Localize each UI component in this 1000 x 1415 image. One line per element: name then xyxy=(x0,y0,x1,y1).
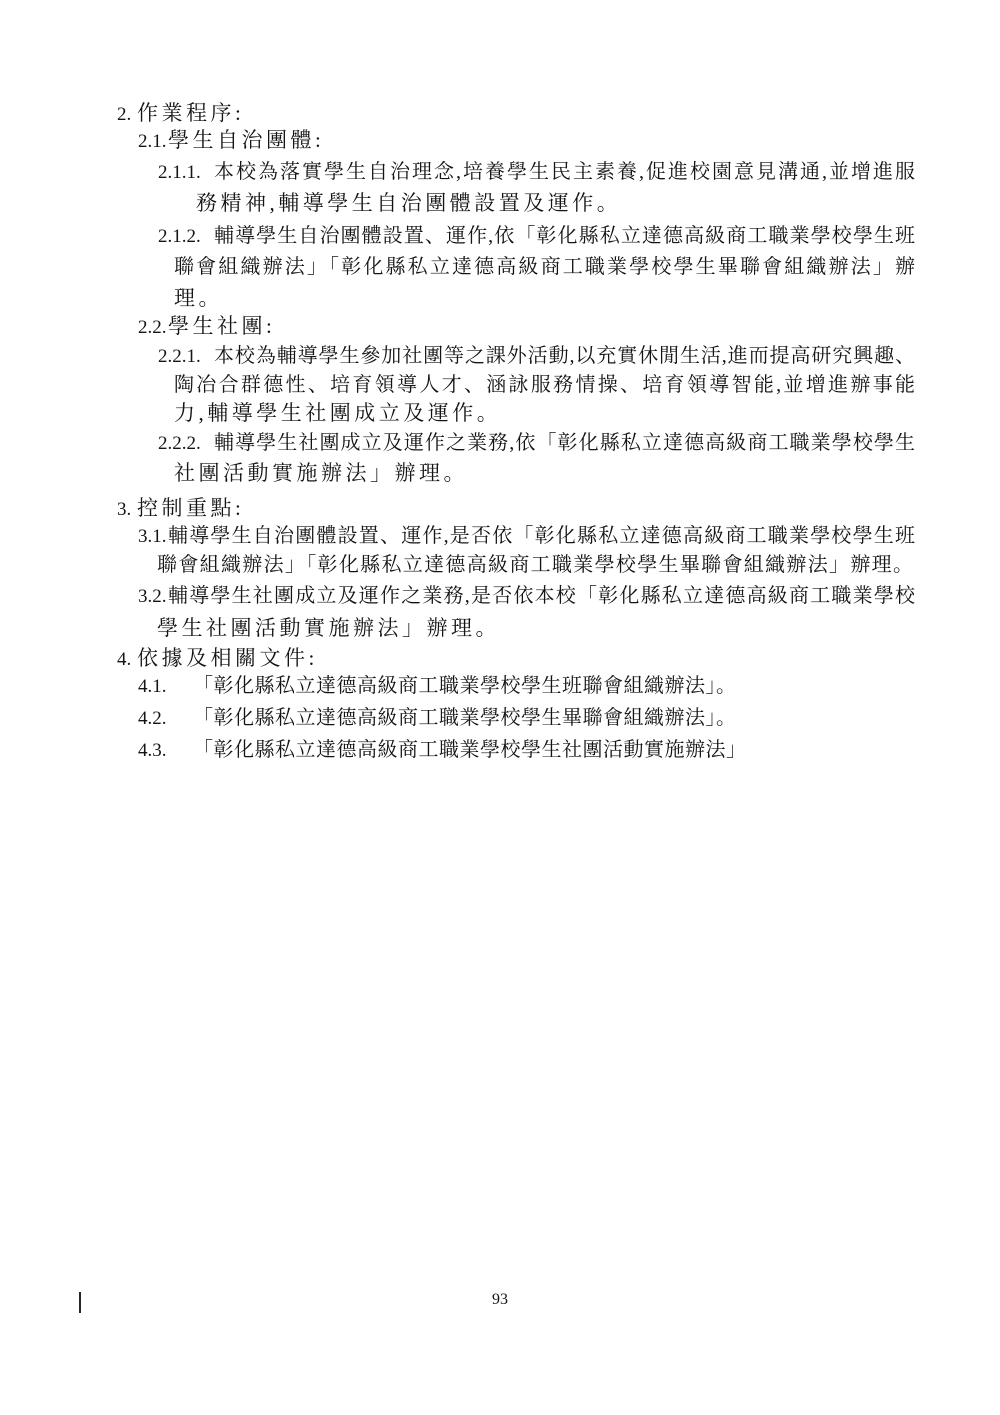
doc-line: 4.依據及相關文件: xyxy=(117,645,318,673)
list-number: 2.2.2. xyxy=(158,432,214,457)
line-text: 「彰化縣私立達德高級商工職業學校學生社團活動實施辦法」 xyxy=(193,739,747,761)
list-number: 3. xyxy=(117,498,137,523)
doc-line: 務精神,輔導學生自治團體設置及運作。 xyxy=(196,190,621,217)
doc-line: 4.1.「彰化縣私立達德高級商工職業學校學生班聯會組織辦法」。 xyxy=(138,673,737,700)
doc-line: 聯會組織辦法」「彰化縣私立達德高級商工職業學校學生畢聯會組織辦法」辦 xyxy=(174,254,915,280)
doc-line: 2.2.1.本校為輔導學生參加社團等之課外活動,以充實休閒生活,進而提高研究興趣… xyxy=(158,343,915,370)
line-text: 務精神,輔導學生自治團體設置及運作。 xyxy=(196,191,621,215)
doc-line: 3.2.輔導學生社團成立及運作之業務,是否依本校「彰化縣私立達德高級商工職業學校 xyxy=(138,583,915,610)
page-number: 93 xyxy=(492,1291,508,1308)
line-text: 本校為輔導學生參加社團等之課外活動,以充實休閒生活,進而提高研究興趣、 xyxy=(214,343,915,369)
doc-line: 3.控制重點: xyxy=(117,495,244,523)
list-number: 3.1. xyxy=(138,525,168,550)
list-number: 4.3. xyxy=(138,739,193,764)
line-text: 聯會組織辦法」「彰化縣私立達德高級商工職業學校學生畢聯會組織辦法」辦 xyxy=(174,254,915,280)
doc-line: 4.3.「彰化縣私立達德高級商工職業學校學生社團活動實施辦法」 xyxy=(138,737,747,764)
list-number: 2.2. xyxy=(138,316,168,341)
line-text: 輔導學生自治團體設置、運作,依「彰化縣私立達德高級商工職業學校學生班 xyxy=(214,223,915,249)
line-text: 作業程序: xyxy=(137,101,244,125)
doc-line: 2.2.學生社團: xyxy=(138,313,275,341)
list-number: 2.1. xyxy=(138,130,168,155)
line-text: 學生社團: xyxy=(168,314,275,338)
document-page: 2.作業程序:2.1.學生自治團體:2.1.1.本校為落實學生自治理念,培養學生… xyxy=(0,0,1000,1415)
doc-line: 2.作業程序: xyxy=(117,100,244,128)
line-text: 學生社團活動實施辦法」辦理。 xyxy=(157,616,500,640)
doc-line: 聯會組織辦法」「彰化縣私立達德高級商工職業學校學生畢聯會組織辦法」辦理。 xyxy=(157,552,913,578)
doc-line: 2.1.2.輔導學生自治團體設置、運作,依「彰化縣私立達德高級商工職業學校學生班 xyxy=(158,223,915,250)
list-number: 3.2. xyxy=(138,585,168,610)
line-text: 控制重點: xyxy=(137,496,244,520)
doc-line: 社團活動實施辦法」辦理。 xyxy=(174,460,468,487)
page-footer: 93 xyxy=(0,1291,1000,1309)
doc-line: 陶冶合群德性、培育領導人才、涵詠服務情操、培育領導智能,並增進辦事能 xyxy=(174,372,915,398)
list-number: 4.1. xyxy=(138,675,193,700)
doc-line: 理。 xyxy=(174,285,223,312)
list-number: 4. xyxy=(117,648,137,673)
doc-line: 2.2.2.輔導學生社團成立及運作之業務,依「彰化縣私立達德高級商工職業學校學生 xyxy=(158,430,915,457)
line-text: 陶冶合群德性、培育領導人才、涵詠服務情操、培育領導智能,並增進辦事能 xyxy=(174,372,915,398)
line-text: 理。 xyxy=(174,286,223,310)
doc-line: 3.1.輔導學生自治團體設置、運作,是否依「彰化縣私立達德高級商工職業學校學生班 xyxy=(138,523,915,550)
list-number: 2.1.1. xyxy=(158,161,214,186)
doc-line: 2.1.學生自治團體: xyxy=(138,127,324,155)
list-number: 2.2.1. xyxy=(158,345,214,370)
list-number: 2. xyxy=(117,103,137,128)
line-text: 輔導學生自治團體設置、運作,是否依「彰化縣私立達德高級商工職業學校學生班 xyxy=(168,523,915,549)
list-number: 4.2. xyxy=(138,707,193,732)
line-text: 「彰化縣私立達德高級商工職業學校學生畢聯會組織辦法」。 xyxy=(193,707,737,729)
doc-line: 學生社團活動實施辦法」辦理。 xyxy=(157,615,500,642)
line-text: 依據及相關文件: xyxy=(137,646,318,670)
line-text: 輔導學生社團成立及運作之業務,依「彰化縣私立達德高級商工職業學校學生 xyxy=(214,430,915,456)
line-text: 社團活動實施辦法」辦理。 xyxy=(174,461,468,485)
doc-line: 4.2.「彰化縣私立達德高級商工職業學校學生畢聯會組織辦法」。 xyxy=(138,705,737,732)
doc-line: 力,輔導學生社團成立及運作。 xyxy=(174,400,501,427)
line-text: 學生自治團體: xyxy=(168,128,324,152)
list-number: 2.1.2. xyxy=(158,225,214,250)
line-text: 力,輔導學生社團成立及運作。 xyxy=(174,401,501,425)
doc-line: 2.1.1.本校為落實學生自治理念,培養學生民主素養,促進校園意見溝通,並增進服 xyxy=(158,159,915,186)
line-text: 本校為落實學生自治理念,培養學生民主素養,促進校園意見溝通,並增進服 xyxy=(214,159,915,185)
line-text: 「彰化縣私立達德高級商工職業學校學生班聯會組織辦法」。 xyxy=(193,675,737,697)
line-text: 輔導學生社團成立及運作之業務,是否依本校「彰化縣私立達德高級商工職業學校 xyxy=(168,583,915,609)
line-text: 聯會組織辦法」「彰化縣私立達德高級商工職業學校學生畢聯會組織辦法」辦理。 xyxy=(157,552,913,578)
